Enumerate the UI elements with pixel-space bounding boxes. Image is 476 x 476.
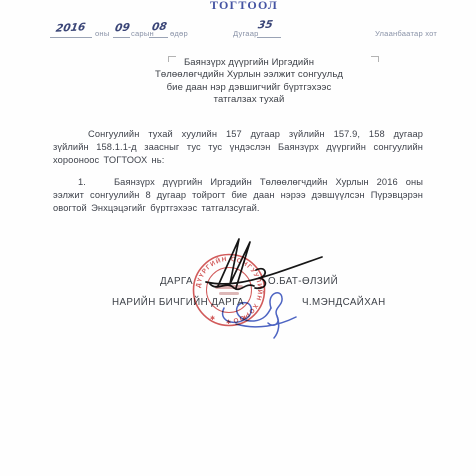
handwritten-month: 09 [114,22,131,35]
secretary-signature [216,288,308,340]
subject-block: Баянзүрх дүүргийн Иргэдийн Төлөөлөгчдийн… [99,57,399,107]
month-underline [113,37,130,38]
year-label: оны [95,29,109,38]
secretary-name: Ч.МЭНДСАЙХАН [302,297,386,308]
preamble-paragraph: Сонгуулийн тухай хуулийн 157 дугаар зүйл… [53,128,423,167]
day-underline [149,37,168,38]
subject-line: бие даан нэр дэвшигчийг бүртгэхээс [99,82,399,94]
item-text: Баянзүрх дүүргийн Иргэдийн Төлөөлөгчдийн… [53,177,423,213]
handwritten-number: 35 [257,19,274,32]
resolution-item: 1.Баянзүрх дүүргийн Иргэдийн Төлөөлөгчди… [53,176,423,215]
document-heading: ТОГТООЛ [12,0,476,13]
document-page: ТОГТООЛ 2016 оны 09 сарын 08 өдөр Дугаар… [0,0,476,476]
number-underline [257,37,281,38]
stamp-star-icon: ✱ [210,315,215,322]
item-number: 1. [78,177,86,187]
subject-line: Төлөөлөгчдийн Хурлын ээлжит сонгуульд [99,69,399,81]
handwritten-year: 2016 [55,21,86,35]
handwritten-day: 08 [151,21,168,34]
day-label: өдөр [170,29,188,38]
number-label: Дугаар [233,29,259,38]
year-underline [50,37,92,38]
city-label: Улаанбаатар хот [375,29,437,38]
subject-line: татгалзах тухай [99,94,399,106]
subject-line: Баянзүрх дүүргийн Иргэдийн [99,57,399,69]
chairman-signature [196,232,328,294]
